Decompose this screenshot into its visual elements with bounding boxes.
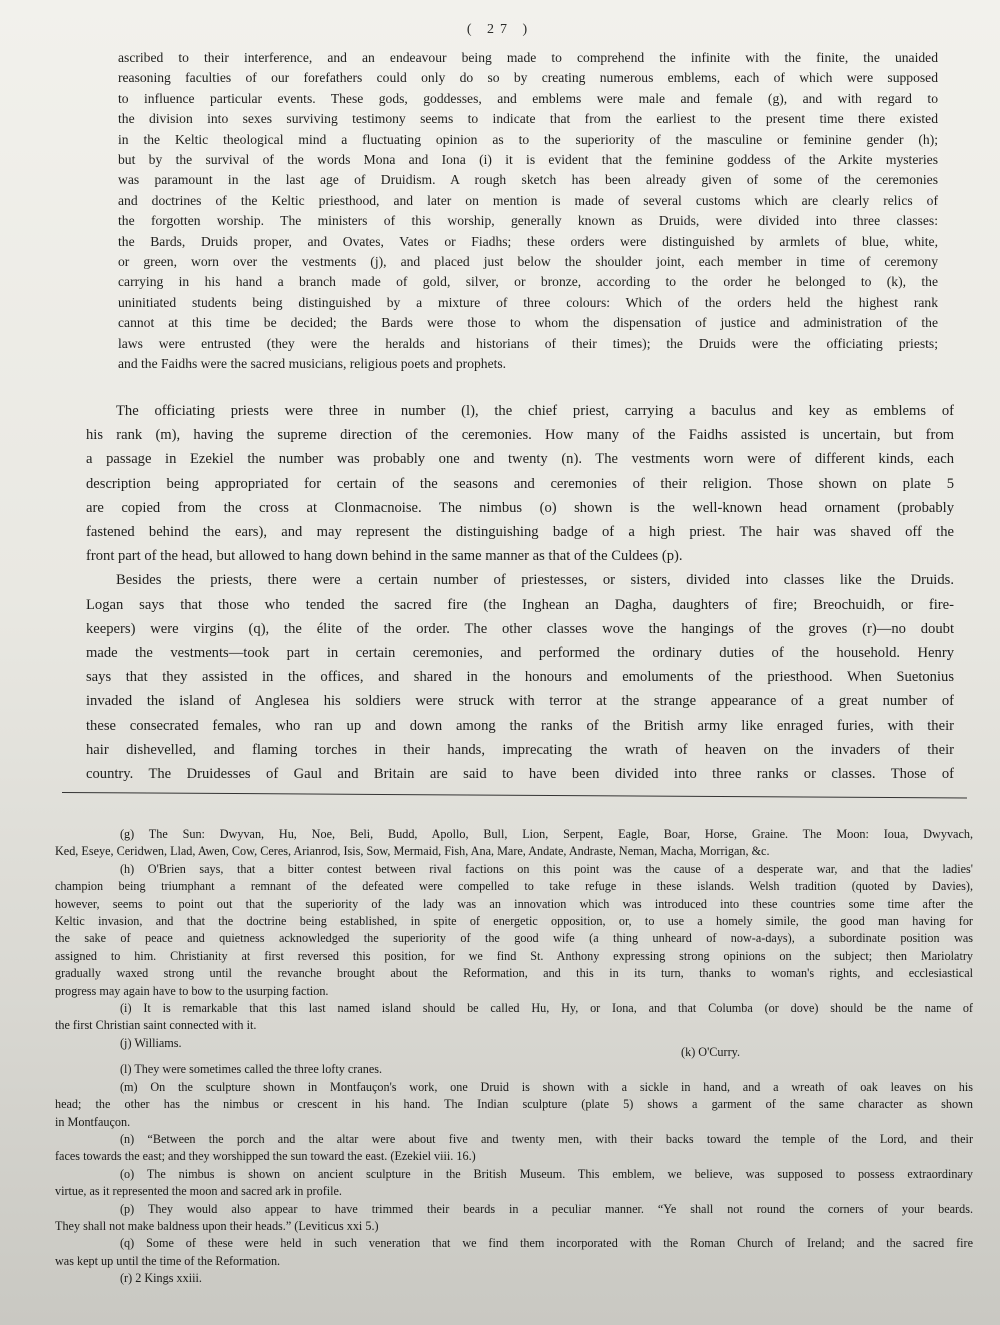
paragraph-line: are copied from the cross at Clonmacnois… bbox=[86, 496, 954, 520]
footnotes: (g) The Sun: Dwyvan, Hu, Noe, Beli, Budd… bbox=[55, 826, 973, 1288]
paragraph-line: made the vestments—took part in certain … bbox=[86, 641, 954, 665]
paragraph-line: and doctrines of the Keltic priesthood, … bbox=[118, 191, 938, 211]
paragraph-line: front part of the head, but allowed to h… bbox=[86, 544, 954, 568]
paragraph-line: invaded the island of Anglesea his soldi… bbox=[86, 689, 954, 713]
paragraph-line: in the Keltic theological mind a fluctua… bbox=[118, 130, 938, 150]
footnote-line: (q) Some of these were held in such vene… bbox=[55, 1235, 973, 1252]
footnote-line: however, seems to point out that the sup… bbox=[55, 896, 973, 913]
paragraph-line: keepers) were virgins (q), the élite of … bbox=[86, 617, 954, 641]
footnote-pair-j-k: (j) Williams.(k) O'Curry. bbox=[55, 1035, 740, 1061]
paragraph-line: or green, worn over the vestments (j), a… bbox=[118, 252, 938, 272]
paragraph-line: the division into sexes surviving testim… bbox=[118, 109, 938, 129]
footnote-l: (l) They were sometimes called the three… bbox=[55, 1061, 973, 1078]
paragraph-line: uninitiated students being distinguished… bbox=[118, 293, 938, 313]
main-text-lower: The officiating priests were three in nu… bbox=[86, 399, 954, 786]
paragraph-line: country. The Druidesses of Gaul and Brit… bbox=[86, 762, 954, 786]
paragraph-line: says that they assisted in the offices, … bbox=[86, 665, 954, 689]
footnote-line: (m) On the sculpture shown in Montfauçon… bbox=[55, 1079, 973, 1096]
paragraph-line: his rank (m), having the supreme directi… bbox=[86, 423, 954, 447]
footnote-o: (o) The nimbus is shown on ancient sculp… bbox=[55, 1166, 973, 1201]
paragraph-line: carrying in his hand a branch made of go… bbox=[118, 272, 938, 292]
footnote-line: progress may again have to bow to the us… bbox=[55, 983, 973, 1000]
main-text-upper: ascribed to their interference, and an e… bbox=[118, 48, 938, 375]
paragraph-line: reasoning faculties of our forefathers c… bbox=[118, 68, 938, 88]
footnote-line: gradually waxed strong until the revanch… bbox=[55, 965, 973, 982]
footnote-line: (g) The Sun: Dwyvan, Hu, Noe, Beli, Budd… bbox=[55, 826, 973, 843]
footnote-line: (h) O'Brien says, that a bitter contest … bbox=[55, 861, 973, 878]
page-number: ( 27 ) bbox=[0, 22, 1000, 38]
footnote-n: (n) “Between the porch and the altar wer… bbox=[55, 1131, 973, 1166]
paragraph-line: the forgotten worship. The ministers of … bbox=[118, 211, 938, 231]
footnote-line: (o) The nimbus is shown on ancient sculp… bbox=[55, 1166, 973, 1183]
footnote-q: (q) Some of these were held in such vene… bbox=[55, 1235, 973, 1270]
footnote-r: (r) 2 Kings xxiii. bbox=[55, 1270, 973, 1287]
footnote-line: the first Christian saint connected with… bbox=[55, 1017, 973, 1034]
paragraph-line: description being appropriated for certa… bbox=[86, 472, 954, 496]
paragraph-line: was paramount in the last age of Druidis… bbox=[118, 170, 938, 190]
footnote-line: virtue, as it represented the moon and s… bbox=[55, 1183, 973, 1200]
footnote-line: (p) They would also appear to have trimm… bbox=[55, 1201, 973, 1218]
footnote-line: They shall not make baldness upon their … bbox=[55, 1218, 973, 1235]
footnote-line: (i) It is remarkable that this last name… bbox=[55, 1000, 973, 1017]
footnote-h: (h) O'Brien says, that a bitter contest … bbox=[55, 861, 973, 1000]
footnote-line: Keltic invasion, and that the doctrine b… bbox=[55, 913, 973, 930]
footnote-line: was kept up until the time of the Reform… bbox=[55, 1253, 973, 1270]
footnote-line: faces towards the east; and they worship… bbox=[55, 1148, 973, 1165]
paragraph-line: cannot at this time be decided; the Bard… bbox=[118, 313, 938, 333]
footnote-m: (m) On the sculpture shown in Montfauçon… bbox=[55, 1079, 973, 1131]
paragraph-line: ascribed to their interference, and an e… bbox=[118, 48, 938, 68]
paragraph-line: fastened behind the ears), and may repre… bbox=[86, 520, 954, 544]
footnote-line: (r) 2 Kings xxiii. bbox=[55, 1270, 973, 1287]
paragraph-line: but by the survival of the words Mona an… bbox=[118, 150, 938, 170]
footnote-line: (l) They were sometimes called the three… bbox=[55, 1061, 973, 1078]
footnote-line: the sake of peace and quietness acknowle… bbox=[55, 930, 973, 947]
footnote-line: assigned to him. Christianity at first r… bbox=[55, 948, 973, 965]
paragraph-line: a passage in Ezekiel the number was prob… bbox=[86, 447, 954, 471]
footnote-line: in Montfauçon. bbox=[55, 1114, 973, 1131]
footnote-g: (g) The Sun: Dwyvan, Hu, Noe, Beli, Budd… bbox=[55, 826, 973, 861]
paragraph-line: to influence particular events. These go… bbox=[118, 89, 938, 109]
footnote-rule bbox=[62, 792, 967, 799]
footnote-line: head; the other has the nimbus or cresce… bbox=[55, 1096, 973, 1113]
footnote-line: (n) “Between the porch and the altar wer… bbox=[55, 1131, 973, 1148]
footnote-line: champion being triumphant a remnant of t… bbox=[55, 878, 973, 895]
paragraph-line: laws were entrusted (they were the heral… bbox=[118, 334, 938, 354]
footnote-line: Ked, Eseye, Ceridwen, Llad, Awen, Cow, C… bbox=[55, 843, 973, 860]
footnote-i: (i) It is remarkable that this last name… bbox=[55, 1000, 973, 1035]
paragraph-line: these consecrated females, who ran up an… bbox=[86, 714, 954, 738]
paragraph-line: and the Faidhs were the sacred musicians… bbox=[118, 354, 938, 374]
footnote-p: (p) They would also appear to have trimm… bbox=[55, 1201, 973, 1236]
paragraph-line: The officiating priests were three in nu… bbox=[86, 399, 954, 423]
paragraph-line: hair dishevelled, and flaming torches in… bbox=[86, 738, 954, 762]
footnote-k: (k) O'Curry. bbox=[681, 1044, 740, 1061]
paragraph-line: the Bards, Druids proper, and Ovates, Va… bbox=[118, 232, 938, 252]
paragraph-line: Logan says that those who tended the sac… bbox=[86, 593, 954, 617]
footnote-j: (j) Williams. bbox=[120, 1035, 182, 1061]
paragraph-line: Besides the priests, there were a certai… bbox=[86, 568, 954, 592]
